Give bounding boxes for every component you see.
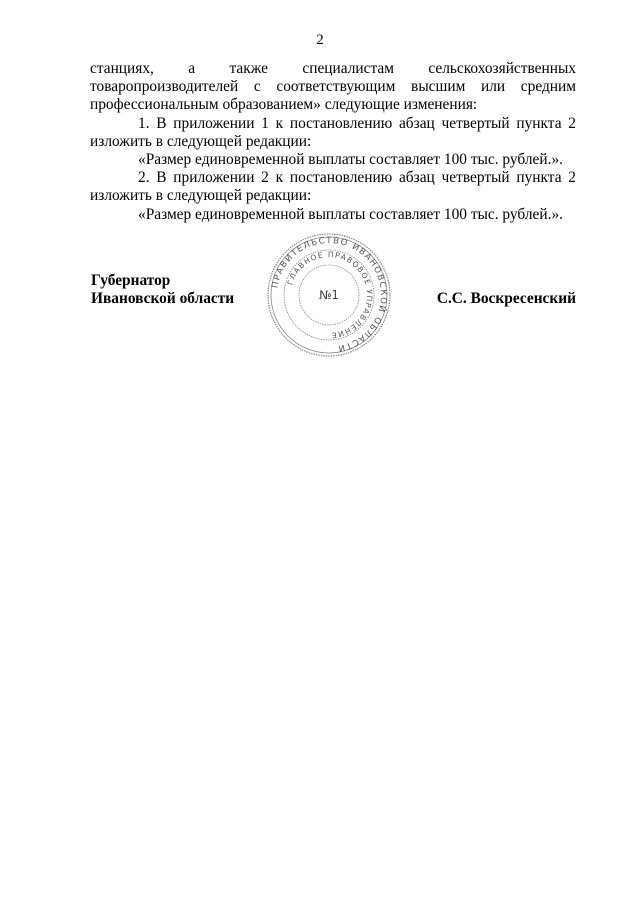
list-item-2-cont: изложить в следующей редакции: — [90, 187, 576, 205]
paragraph-line: профессиональным образованием» следующие… — [90, 96, 576, 114]
position-line-2: Ивановской области — [91, 290, 234, 308]
paragraph-line: станциях, а также специалистам сельскохо… — [90, 60, 576, 78]
list-item-2: 2. В приложении 2 к постановлению абзац … — [90, 169, 576, 187]
document-body: станциях, а также специалистам сельскохо… — [90, 60, 576, 224]
paragraph-line: товаропроизводителей с соответствующим в… — [90, 78, 576, 96]
signatory-name: С.С. Воскресенский — [437, 290, 576, 308]
list-item-1-cont: изложить в следующей редакции: — [90, 133, 576, 151]
stamp-center-text: №1 — [319, 288, 339, 302]
quote-1: «Размер единовременной выплаты составляе… — [90, 151, 576, 169]
position-line-1: Губернатор — [91, 272, 234, 290]
page-number: 2 — [0, 32, 640, 49]
signatory-position: Губернатор Ивановской области — [91, 272, 234, 308]
quote-2: «Размер единовременной выплаты составляе… — [90, 206, 576, 224]
list-item-1: 1. В приложении 1 к постановлению абзац … — [90, 115, 576, 133]
official-stamp-icon: ПРАВИТЕЛЬСТВО ИВАНОВСКОЙ ОБЛАСТИ ГЛАВНОЕ… — [256, 232, 402, 358]
